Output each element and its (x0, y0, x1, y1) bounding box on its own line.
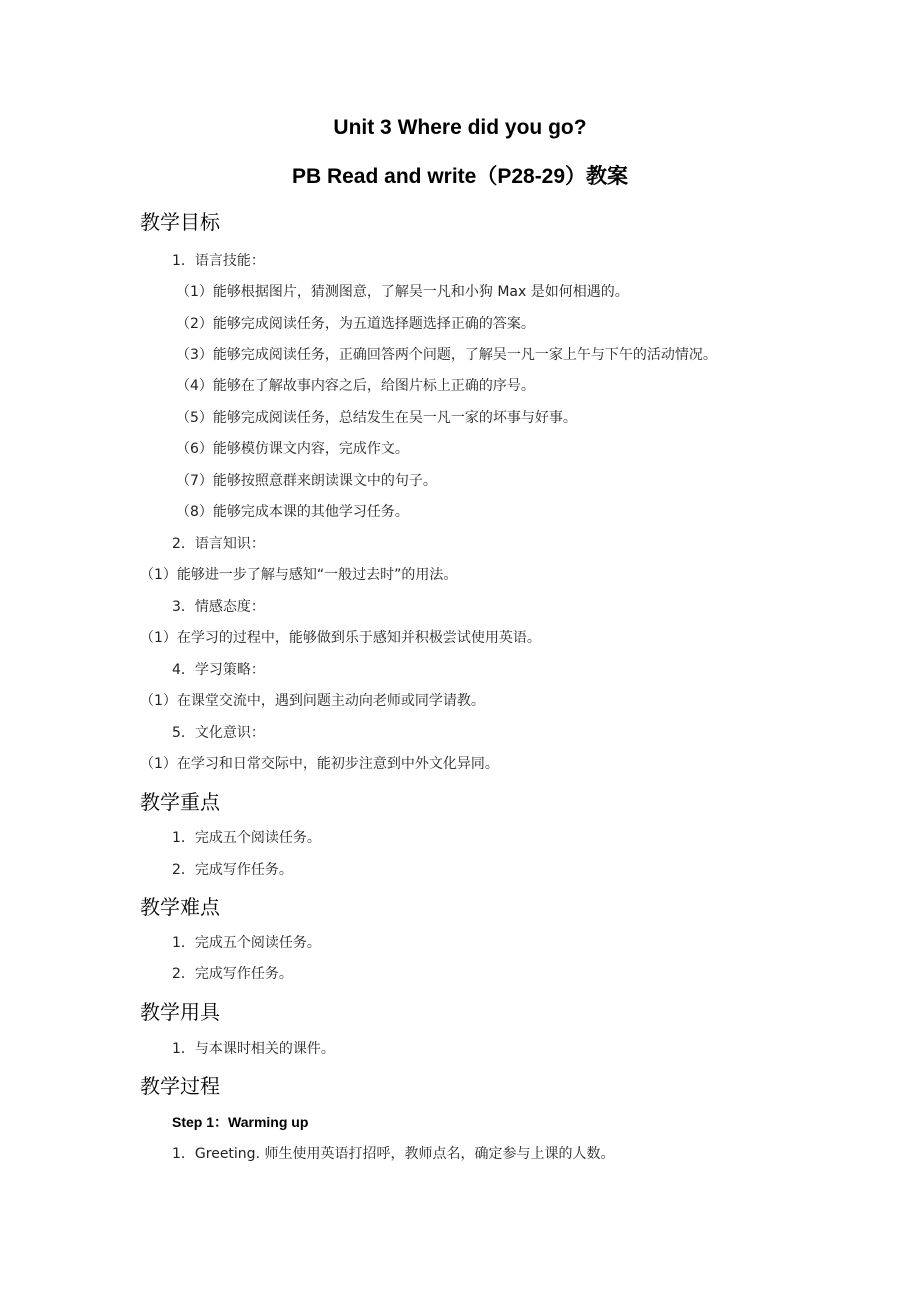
objective-line: （1）在课堂交流中，遇到问题主动向老师或同学请教。 (140, 690, 485, 710)
objective-line: （1）在学习和日常交际中，能初步注意到中外文化异同。 (140, 753, 499, 773)
objective-line: （1）在学习的过程中，能够做到乐于感知并积极尝试使用英语。 (140, 627, 541, 647)
objective-line: （1）能够进一步了解与感知“一般过去时”的用法。 (140, 564, 457, 584)
section-heading-difficulties: 教学难点 (140, 891, 220, 920)
objective-line: （4）能够在了解故事内容之后，给图片标上正确的序号。 (176, 375, 535, 395)
difficulty-line: 2．完成写作任务。 (172, 963, 293, 983)
document-subtitle: PB Read and write（P28-29）教案 (0, 160, 920, 190)
objective-line: （2）能够完成阅读任务，为五道选择题选择正确的答案。 (176, 313, 535, 333)
material-line: 1．与本课时相关的课件。 (172, 1038, 335, 1058)
objective-line: （6）能够模仿课文内容，完成作文。 (176, 438, 409, 458)
document-page: Unit 3 Where did you go? PB Read and wri… (0, 0, 920, 1302)
section-heading-materials: 教学用具 (140, 996, 220, 1025)
section-heading-key-points: 教学重点 (140, 786, 220, 815)
objective-line: 3．情感态度： (172, 596, 265, 616)
key-point-line: 1．完成五个阅读任务。 (172, 827, 321, 847)
key-point-line: 2．完成写作任务。 (172, 859, 293, 879)
difficulty-line: 1．完成五个阅读任务。 (172, 932, 321, 952)
document-title: Unit 3 Where did you go? (0, 116, 920, 140)
objective-line: 2．语言知识： (172, 533, 265, 553)
objective-line: （1）能够根据图片，猜测图意，了解吴一凡和小狗 Max 是如何相遇的。 (176, 281, 629, 301)
objective-line: （8）能够完成本课的其他学习任务。 (176, 501, 409, 521)
objective-line: （3）能够完成阅读任务，正确回答两个问题，了解吴一凡一家上午与下午的活动情况。 (176, 344, 717, 364)
objective-line: 4．学习策略： (172, 659, 265, 679)
objective-line: 1．语言技能： (172, 250, 265, 270)
step-heading: Step 1：Warming up (172, 1112, 308, 1132)
section-heading-objectives: 教学目标 (140, 206, 220, 235)
section-heading-process: 教学过程 (140, 1070, 220, 1099)
objective-line: 5．文化意识： (172, 722, 265, 742)
objective-line: （5）能够完成阅读任务，总结发生在吴一凡一家的坏事与好事。 (176, 407, 577, 427)
objective-line: （7）能够按照意群来朗读课文中的句子。 (176, 470, 437, 490)
process-line: 1．Greeting. 师生使用英语打招呼，教师点名，确定参与上课的人数。 (172, 1143, 614, 1163)
